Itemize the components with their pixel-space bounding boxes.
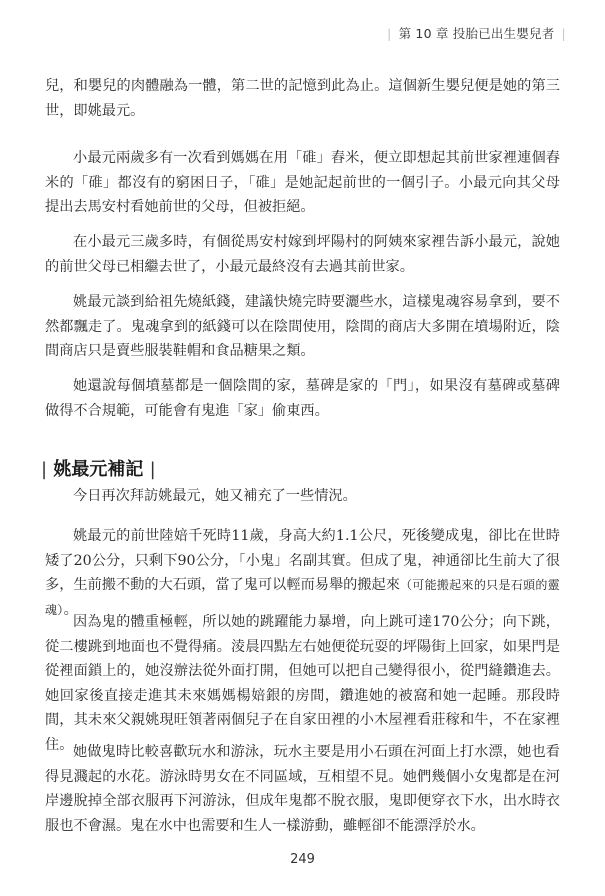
paragraph-block: 姚最元談到給祖先燒紙錢，建議快燒完時要灑些水，這樣鬼魂容易拿到，要不然都飄走了。…	[45, 290, 560, 364]
paragraph-block: 她還說每個墳墓都是一個陰間的家，墓碑是家的「門」，如果沒有墓碑或墓碑做得不合規範…	[45, 374, 560, 423]
divider-bar-left: |	[41, 459, 47, 480]
paragraph-block: 因為鬼的體重極輕，所以她的跳躍能力暴增，向上跳可達170公分；向下跳，從二樓跳到…	[45, 610, 560, 757]
paragraph-continuation: 兒，和嬰兒的肉體融為一體，第二世的記憶到此為止。這個新生嬰兒便是她的第三世，即姚…	[45, 74, 560, 123]
paragraph: 姚最元談到給祖先燒紙錢，建議快燒完時要灑些水，這樣鬼魂容易拿到，要不然都飄走了。…	[45, 290, 560, 364]
paragraph-block: 小最元兩歲多有一次看到媽媽在用「碓」舂米，便立即想起其前世家裡連個舂米的「碓」都…	[45, 146, 560, 220]
paragraph-block: 今日再次拜訪姚最元，她又補充了一些情況。	[45, 484, 560, 509]
paragraph: 今日再次拜訪姚最元，她又補充了一些情況。	[45, 484, 560, 509]
paragraph: 在小最元三歲多時，有個從馬安村嫁到坪陽村的阿姨來家裡告訴小最元，說她的前世父母已…	[45, 230, 560, 279]
divider-bar-right: |	[562, 26, 566, 41]
paragraph: 她還說每個墳墓都是一個陰間的家，墓碑是家的「門」，如果沒有墓碑或墓碑做得不合規範…	[45, 374, 560, 423]
divider-bar-left: |	[387, 26, 391, 41]
paragraph: 兒，和嬰兒的肉體融為一體，第二世的記憶到此為止。這個新生嬰兒便是她的第三世，即姚…	[45, 74, 560, 123]
paragraph-block: 在小最元三歲多時，有個從馬安村嫁到坪陽村的阿姨來家裡告訴小最元，說她的前世父母已…	[45, 230, 560, 279]
paragraph: 她做鬼時比較喜歡玩水和游泳，玩水主要是用小石頭在河面上打水漂，她也看得見濺起的水…	[45, 740, 560, 838]
paragraph-block: 她做鬼時比較喜歡玩水和游泳，玩水主要是用小石頭在河面上打水漂，她也看得見濺起的水…	[45, 740, 560, 838]
divider-bar-right: |	[150, 459, 156, 480]
section-heading: | 姚最元補記 |	[41, 455, 560, 481]
paragraph: 小最元兩歲多有一次看到媽媽在用「碓」舂米，便立即想起其前世家裡連個舂米的「碓」都…	[45, 146, 560, 220]
paragraph: 因為鬼的體重極輕，所以她的跳躍能力暴增，向上跳可達170公分；向下跳，從二樓跳到…	[45, 610, 560, 757]
paragraph-block: 姚最元的前世陸婄千死時11歲，身高大約1.1公尺，死後變成鬼，卻比在世時矮了20…	[45, 524, 560, 622]
page-number: 249	[0, 852, 605, 867]
section-title: 姚最元補記	[53, 459, 143, 480]
paragraph: 姚最元的前世陸婄千死時11歲，身高大約1.1公尺，死後變成鬼，卻比在世時矮了20…	[45, 524, 560, 622]
running-head: | 第 10 章 投胎已出生嬰兒者 |	[384, 24, 569, 42]
section-heading-block: | 姚最元補記 |	[45, 455, 560, 481]
chapter-title: 第 10 章 投胎已出生嬰兒者	[399, 26, 555, 41]
